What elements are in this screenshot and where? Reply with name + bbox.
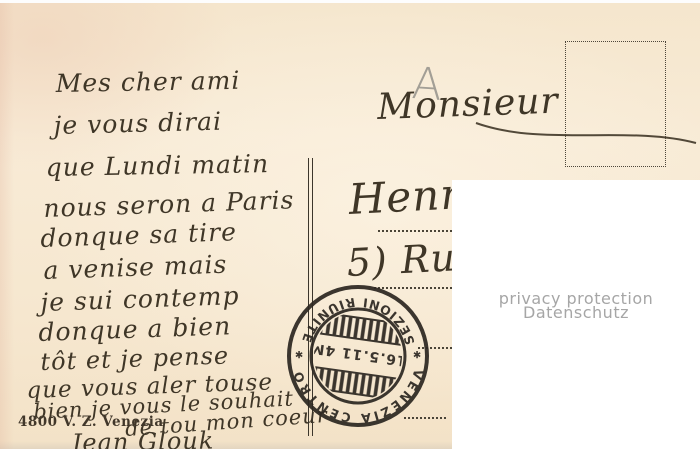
- postmark-star-icon: ✱: [295, 348, 303, 359]
- privacy-overlay: privacy protection Datenschutz: [452, 180, 700, 449]
- message-line: Mes cher ami: [55, 66, 240, 98]
- privacy-text-de: Datenschutz: [523, 306, 629, 320]
- message-line: donque sa tire: [40, 217, 237, 253]
- address-rule: [378, 230, 452, 232]
- postmark-stamp: 16.5.11 4M VENEZIA CENTRO SEZIONI RIUNIT…: [283, 281, 433, 431]
- message-line: je vous dirai: [53, 107, 222, 140]
- address-line-name: Henr: [347, 169, 462, 224]
- postmark-star-icon: ✱: [413, 348, 421, 359]
- message-line: tôt et je pense: [40, 341, 230, 376]
- publisher-imprint: 4800 V. Z. Venezia: [18, 414, 164, 430]
- message-line: que Lundi matin: [45, 149, 269, 182]
- pen-flourish: [468, 105, 700, 160]
- message-line: a venise mais: [43, 250, 228, 285]
- address-line-street: 5) Ru: [346, 235, 457, 285]
- postcard-back: Mes cher ami je vous dirai que Lundi mat…: [0, 3, 700, 449]
- message-line: nous seron a Paris: [43, 185, 295, 223]
- postcard-scan: Mes cher ami je vous dirai que Lundi mat…: [0, 0, 700, 449]
